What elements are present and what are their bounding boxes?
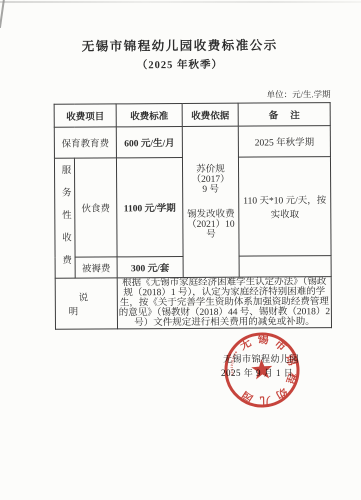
seal-star xyxy=(251,358,273,379)
basis-line-2: 9 号 xyxy=(183,184,238,194)
table-header-row: 收费项目 收费标准 收费依据 备注 xyxy=(54,103,330,128)
header-fee-item: 收费项目 xyxy=(54,104,116,127)
document-content: 无锡市锦程幼儿园收费标准公示 （2025 年秋季） 单位：元/生.学期 收费项目… xyxy=(0,0,361,330)
meal-fee-remark: 110 天*10 元/天，按实收取 xyxy=(238,157,331,257)
service-fee-group-cell: 服务性收费 xyxy=(54,158,75,278)
meal-fee-standard: 1100 元/学期 xyxy=(116,157,183,256)
basis-line-3: 锡发改收费 xyxy=(183,209,238,219)
bedding-fee-standard: 300 元/套 xyxy=(117,256,183,277)
care-fee-item: 保育教育费 xyxy=(54,127,116,158)
header-remark: 备注 xyxy=(238,103,330,127)
unit-note: 单位：元/生.学期 xyxy=(0,88,331,102)
fee-basis-cell: 苏价规（2017） 9 号 锡发改收费 （2021）10 号 xyxy=(182,126,239,277)
care-fee-remark: 2025 年秋学期 xyxy=(238,126,330,158)
note-label: 说明 xyxy=(55,278,117,329)
header-fee-basis: 收费依据 xyxy=(182,103,238,126)
official-seal: 无锡市锦程幼儿园 32410262606 xyxy=(211,319,313,421)
bedding-fee-remark xyxy=(239,256,331,278)
page-subtitle: （2025 年秋季） xyxy=(0,56,360,73)
meal-fee-item: 伙食费 xyxy=(74,158,117,257)
page-title: 无锡市锦程幼儿园收费标准公示 xyxy=(0,35,360,55)
table-row-care-fee: 保育教育费 600 元/生/月 苏价规（2017） 9 号 锡发改收费 （202… xyxy=(54,126,330,159)
basis-line-4: （2021）10 号 xyxy=(183,219,238,239)
document-page: 无锡市锦程幼儿园收费标准公示 （2025 年秋季） 单位：元/生.学期 收费项目… xyxy=(0,0,361,500)
care-fee-standard: 600 元/生/月 xyxy=(116,126,182,157)
header-fee-standard: 收费标准 xyxy=(116,103,182,126)
fee-table: 收费项目 收费标准 收费依据 备注 保育教育费 600 元/生/月 苏价规（20… xyxy=(54,102,332,330)
bedding-fee-item: 被褥费 xyxy=(75,257,117,278)
service-fee-group-label: 服务性收费 xyxy=(55,159,74,277)
basis-line-1: 苏价规（2017） xyxy=(183,164,238,184)
